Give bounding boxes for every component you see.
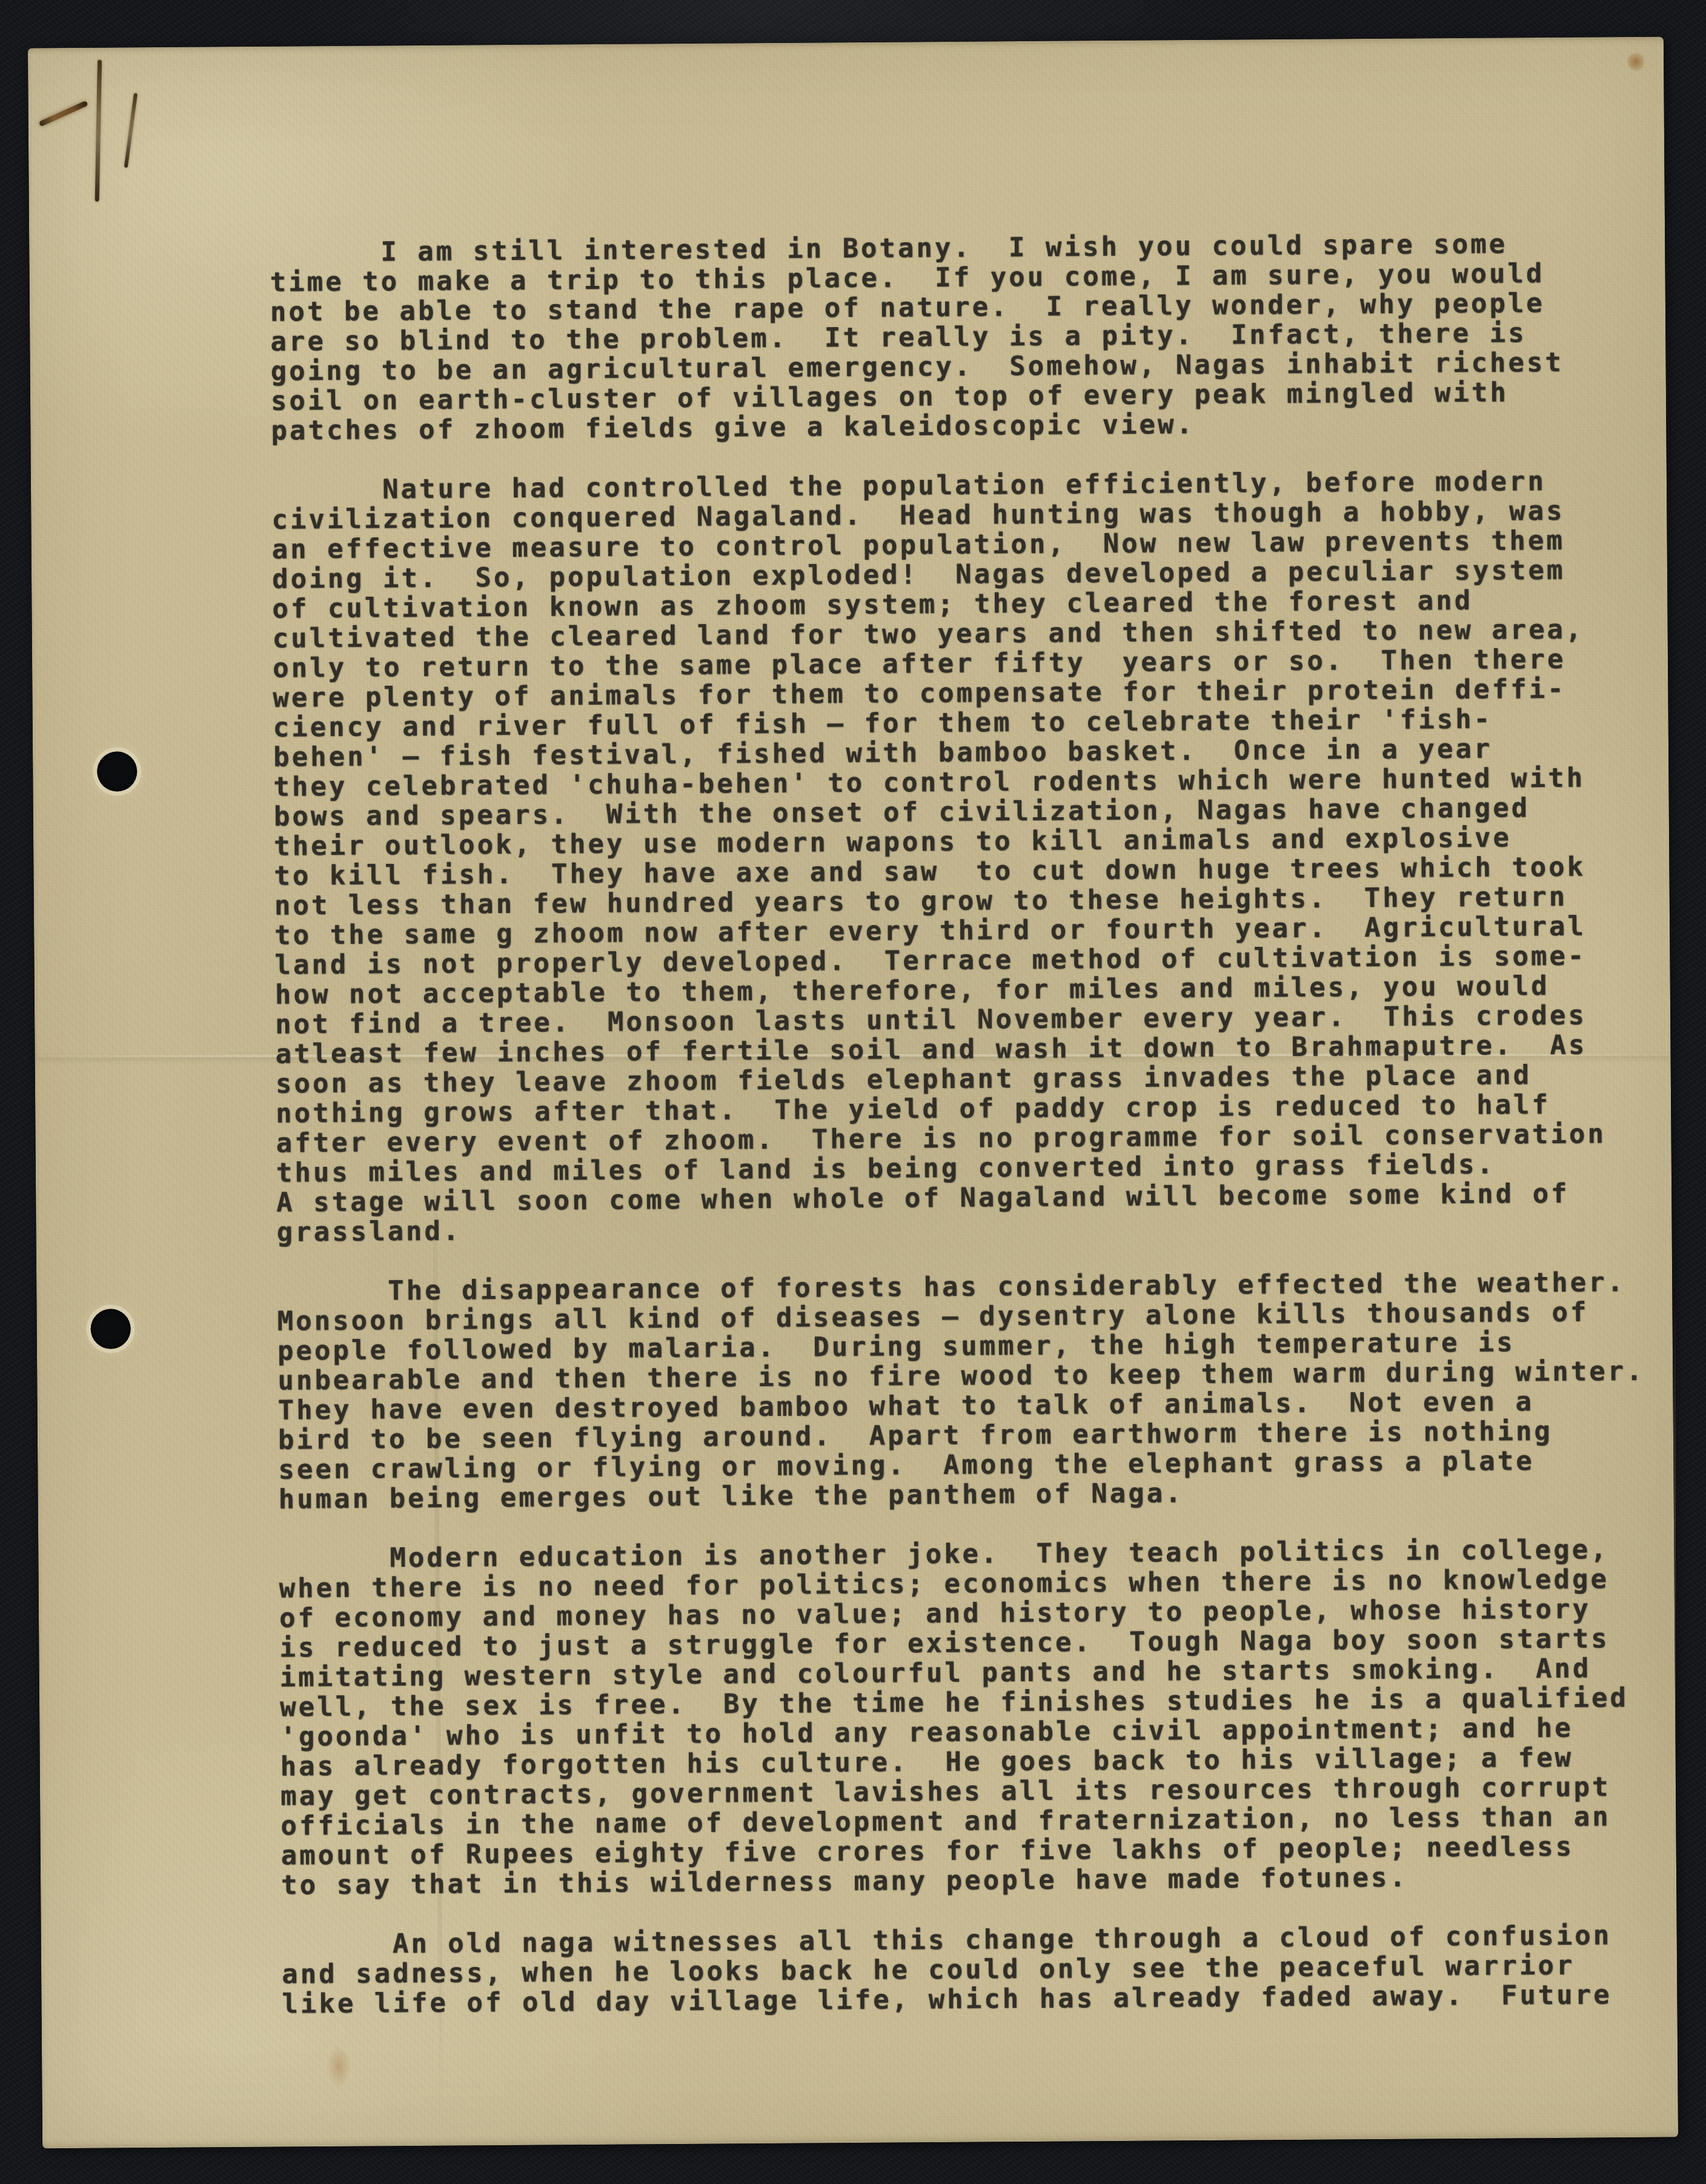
letter-page: I am still interested in Botany. I wish …	[28, 37, 1678, 2149]
letter-body: I am still interested in Botany. I wish …	[270, 228, 1653, 2049]
paragraph-forest-weather: The disappearance of forests has conside…	[277, 1267, 1650, 1515]
paragraph-old-naga: An old naga witnesses all this change th…	[282, 1920, 1653, 2019]
punch-hole-top	[97, 751, 137, 791]
ink-stroke-right	[124, 93, 138, 168]
staple-mark	[39, 101, 88, 127]
scan-background: I am still interested in Botany. I wish …	[0, 0, 1706, 2184]
stain-top-right	[1627, 53, 1644, 71]
paragraph-population-zhoom: Nature had controlled the population eff…	[271, 466, 1648, 1247]
punch-hole-bottom	[90, 1309, 130, 1349]
ink-stroke-left	[95, 60, 102, 202]
stain-bottom-left	[327, 2045, 351, 2088]
paragraph-modern-education: Modern education is another joke. They t…	[279, 1535, 1652, 1900]
paragraph-botany-interest: I am still interested in Botany. I wish …	[270, 228, 1642, 446]
